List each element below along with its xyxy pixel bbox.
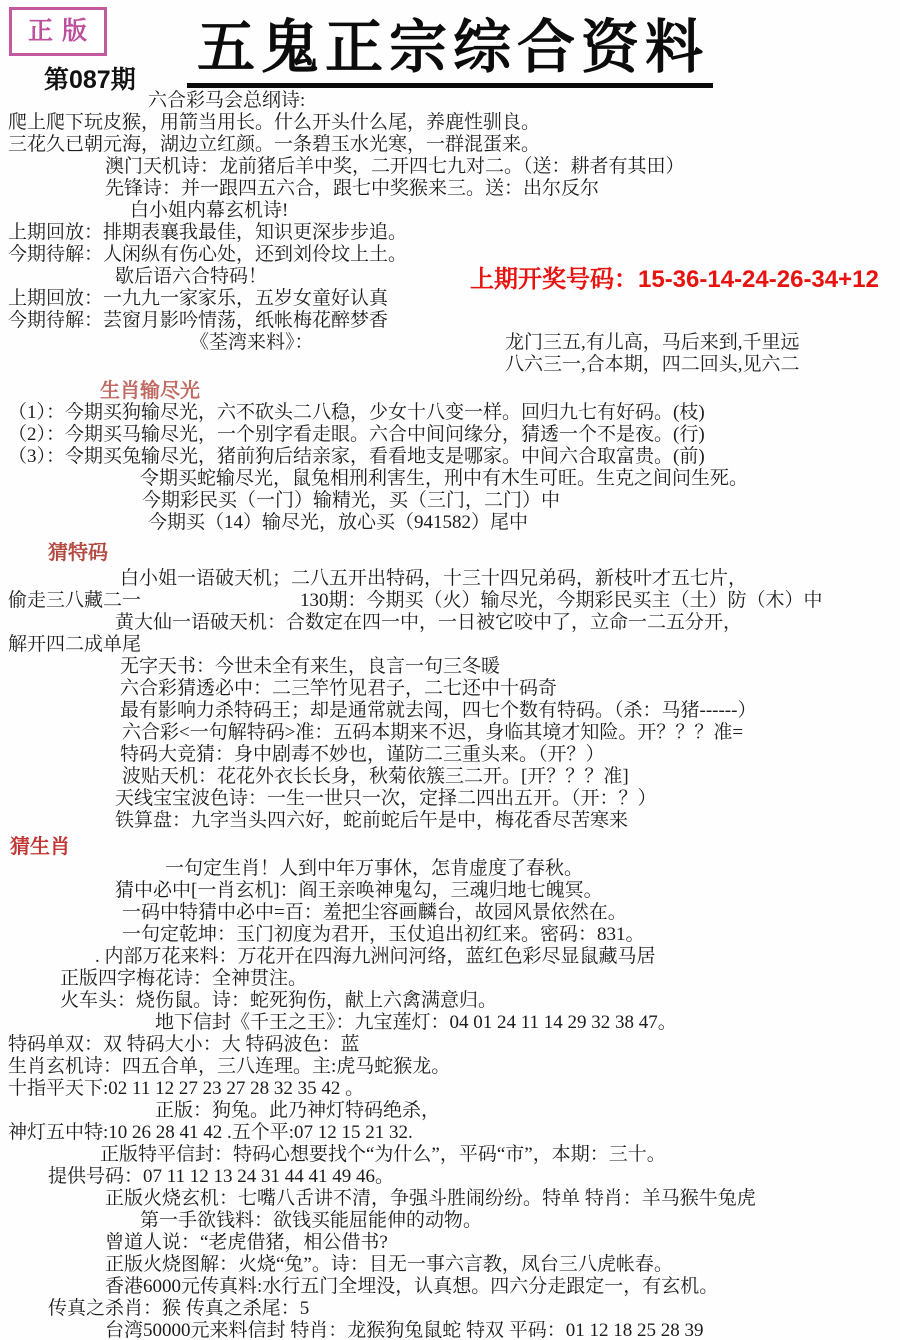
line-text: 龙门三五,有儿高，马后来到,千里远 (505, 332, 800, 354)
text-line: 今期买（14）输尽光，放心买（941582）尾中 (0, 512, 900, 534)
line-label: 偷走三八藏二一 (8, 590, 141, 611)
text-line: 特码单双：双 特码大小：大 特码波色：蓝 (0, 1034, 900, 1056)
text-line: 正版火烧玄机：七嘴八舌讲不清，争强斗胜闹纷纷。特单 特肖：羊马猴牛兔虎 (0, 1188, 900, 1210)
text-line: 今期待解：芸窗月影吟情荡，纸帐梅花醉梦香 (0, 310, 900, 332)
text-line: 六合彩马会总纲诗: (0, 90, 900, 112)
text-line: 香港6000元传真料:水行五门全埋没，认真想。四六分走跟定一，有玄机。 (0, 1276, 900, 1298)
text-line: 爬上爬下玩皮猴，用箭当用长。什么开头什么尾，养鹿性驯良。 (0, 112, 900, 134)
text-line: 歇后语六合特码！ 上期开奖号码：15-36-14-24-26-34+12 (0, 266, 900, 288)
authentic-badge: 正版 (9, 7, 107, 56)
authentic-badge-label: 正版 (28, 18, 96, 45)
text-line: 台湾50000元来料信封 特肖：龙猴狗兔鼠蛇 特双 平码：01 12 18 25… (0, 1320, 900, 1340)
text-line: 先锋诗：并一跟四五六合，跟七中奖猴来三。送：出尔反尔 (0, 178, 900, 200)
text-line: 六合彩猜透必中：二三竿竹见君子，二七还中十码奇 (0, 678, 900, 700)
text-line: 第一手欲钱料：欲钱买能屈能伸的动物。 (0, 1210, 900, 1232)
text-line: 一句定乾坤：玉门初度为君开，玉仗追出初红来。密码：831。 (0, 924, 900, 946)
text-line: . 内部万花来料：万花开在四海九洲问河络，蓝红色彩尽显鼠藏马居 (0, 946, 900, 968)
last-draw-numbers: 上期开奖号码：15-36-14-24-26-34+12 (470, 268, 879, 292)
text-line: 解开四二成单尾 (0, 634, 900, 656)
text-line: 上期回放：排期表襄我最佳，知识更深步步追。 (0, 222, 900, 244)
text-line: 提供号码：07 11 12 13 24 31 44 41 49 46。 (0, 1166, 900, 1188)
lottery-info-sheet: 正版 五鬼正宗综合资料 第087期 六合彩马会总纲诗: 爬上爬下玩皮猴，用箭当用… (0, 0, 900, 1340)
text-line: 正版火烧图解：火烧“兔”。诗：目无一事六言教，凤台三八虎帐春。 (0, 1254, 900, 1276)
text-line: 八六三一,合本期，四二回头,见六二 (0, 354, 900, 376)
text-line: 火车头：烧伤鼠。诗：蛇死狗伤，献上六禽满意归。 (0, 990, 900, 1012)
text-line: （2）：今期买马输尽光，一个别字看走眼。六合中间问缘分，猜透一个不是夜。(行) (0, 424, 900, 446)
text-line: 一句定生肖！人到中年万事休，怎肯虚度了春秋。 (0, 858, 900, 880)
text-line: 澳门天机诗：龙前猪后羊中奖，二开四七九对二。（送：耕者有其田） (0, 156, 900, 178)
text-line: 正版特平信封：特码心想要找个“为什么”，平码“市”，本期：三十。 (0, 1144, 900, 1166)
text-line: 神灯五中特:10 26 28 41 42 .五个平:07 12 15 21 32… (0, 1122, 900, 1144)
text-line: （3）：令期买兔输尽光，猪前狗后结亲家，看看地支是哪家。中间六合取富贵。(前) (0, 446, 900, 468)
text-line: 六合彩<一句解特码>准：五码本期来不迟，身临其境才知险。开？？？准= (0, 722, 900, 744)
text-line: 一码中特猜中必中=百：羞把尘容画麟台，故园风景依然在。 (0, 902, 900, 924)
text-line: 正版四字梅花诗：全神贯注。 (0, 968, 900, 990)
page-title: 五鬼正宗综合资料 (187, 16, 713, 88)
text-line: 今期待解：人闲纵有伤心处，还到刘伶坟上土。 (0, 244, 900, 266)
text-line: 天线宝宝波色诗：一生一世只一次，定择二四出五开。（开：？） (0, 788, 900, 810)
text-line: 正版：狗兔。此乃神灯特码绝杀， (0, 1100, 900, 1122)
line-label: 《荃湾来料》： (190, 332, 314, 353)
text-line: 十指平天下:02 11 12 27 23 27 28 32 35 42 。 (0, 1078, 900, 1100)
text-line: 白小姐内幕玄机诗! (0, 200, 900, 222)
line-text: 歇后语六合特码！ (115, 266, 267, 287)
text-line: 三花久已朝元海，湖边立红颜。一条碧玉水光寒，一群混蛋来。 (0, 134, 900, 156)
text-line: 生肖玄机诗：四五合单，三八连理。主:虎马蛇猴龙。 (0, 1056, 900, 1078)
text-line: 地下信封《千王之王》：九宝莲灯：04 01 24 11 14 29 32 38 … (0, 1012, 900, 1034)
line-text: 130期：今期买（火）输尽光，今期彩民买主（土）防（木）中 (300, 590, 823, 612)
heading-cai-tema: 猜特码 (0, 542, 900, 564)
text-line: 最有影响力杀特码王；却是通常就去闯，四七个数有特码。（杀：马猪------） (0, 700, 900, 722)
text-line: 偷走三八藏二一 130期：今期买（火）输尽光，今期彩民买主（土）防（木）中 (0, 590, 900, 612)
content-body: 六合彩马会总纲诗: 爬上爬下玩皮猴，用箭当用长。什么开头什么尾，养鹿性驯良。 三… (0, 90, 900, 1340)
text-line: 传真之杀肖：猴 传真之杀尾：5 (0, 1298, 900, 1320)
text-line: 无字天书：今世未全有来生，良言一句三冬暖 (0, 656, 900, 678)
heading-shengxiao-shujinguang: 生肖输尽光 (0, 380, 900, 402)
text-line: 《荃湾来料》： 龙门三五,有儿高，马后来到,千里远 (0, 332, 900, 354)
text-line: 铁算盘：九字当头四六好，蛇前蛇后午是中，梅花香尽苦寒来 (0, 810, 900, 832)
text-line: （1）：今期买狗输尽光，六不砍头二八稳，少女十八变一样。回归九七有好码。(枝) (0, 402, 900, 424)
text-line: 今期彩民买（一门）输精光，买（三门，二门）中 (0, 490, 900, 512)
text-line: 白小姐一语破天机；二八五开出特码，十三十四兄弟码，新枝叶才五七片， (0, 568, 900, 590)
text-line: 猜中必中[一肖玄机]：阎王亲唤神鬼勾，三魂归地七魄冥。 (0, 880, 900, 902)
text-line: 黄大仙一语破天机：合数定在四一中，一日被它咬中了，立命一二五分开， (0, 612, 900, 634)
text-line: 波贴天机：花花外衣长长身，秋菊依簇三二开。[开？？？准] (0, 766, 900, 788)
text-line: 令期买蛇输尽光，鼠兔相刑利害生，刑中有木生可旺。生克之间问生死。 (0, 468, 900, 490)
heading-cai-shengxiao: 猜生肖 (0, 836, 900, 858)
text-line: 曾道人说：“老虎借猪，相公借书? (0, 1232, 900, 1254)
text-line: 特码大竞猜：身中剧毒不妙也，谨防二三重头来。（开？） (0, 744, 900, 766)
